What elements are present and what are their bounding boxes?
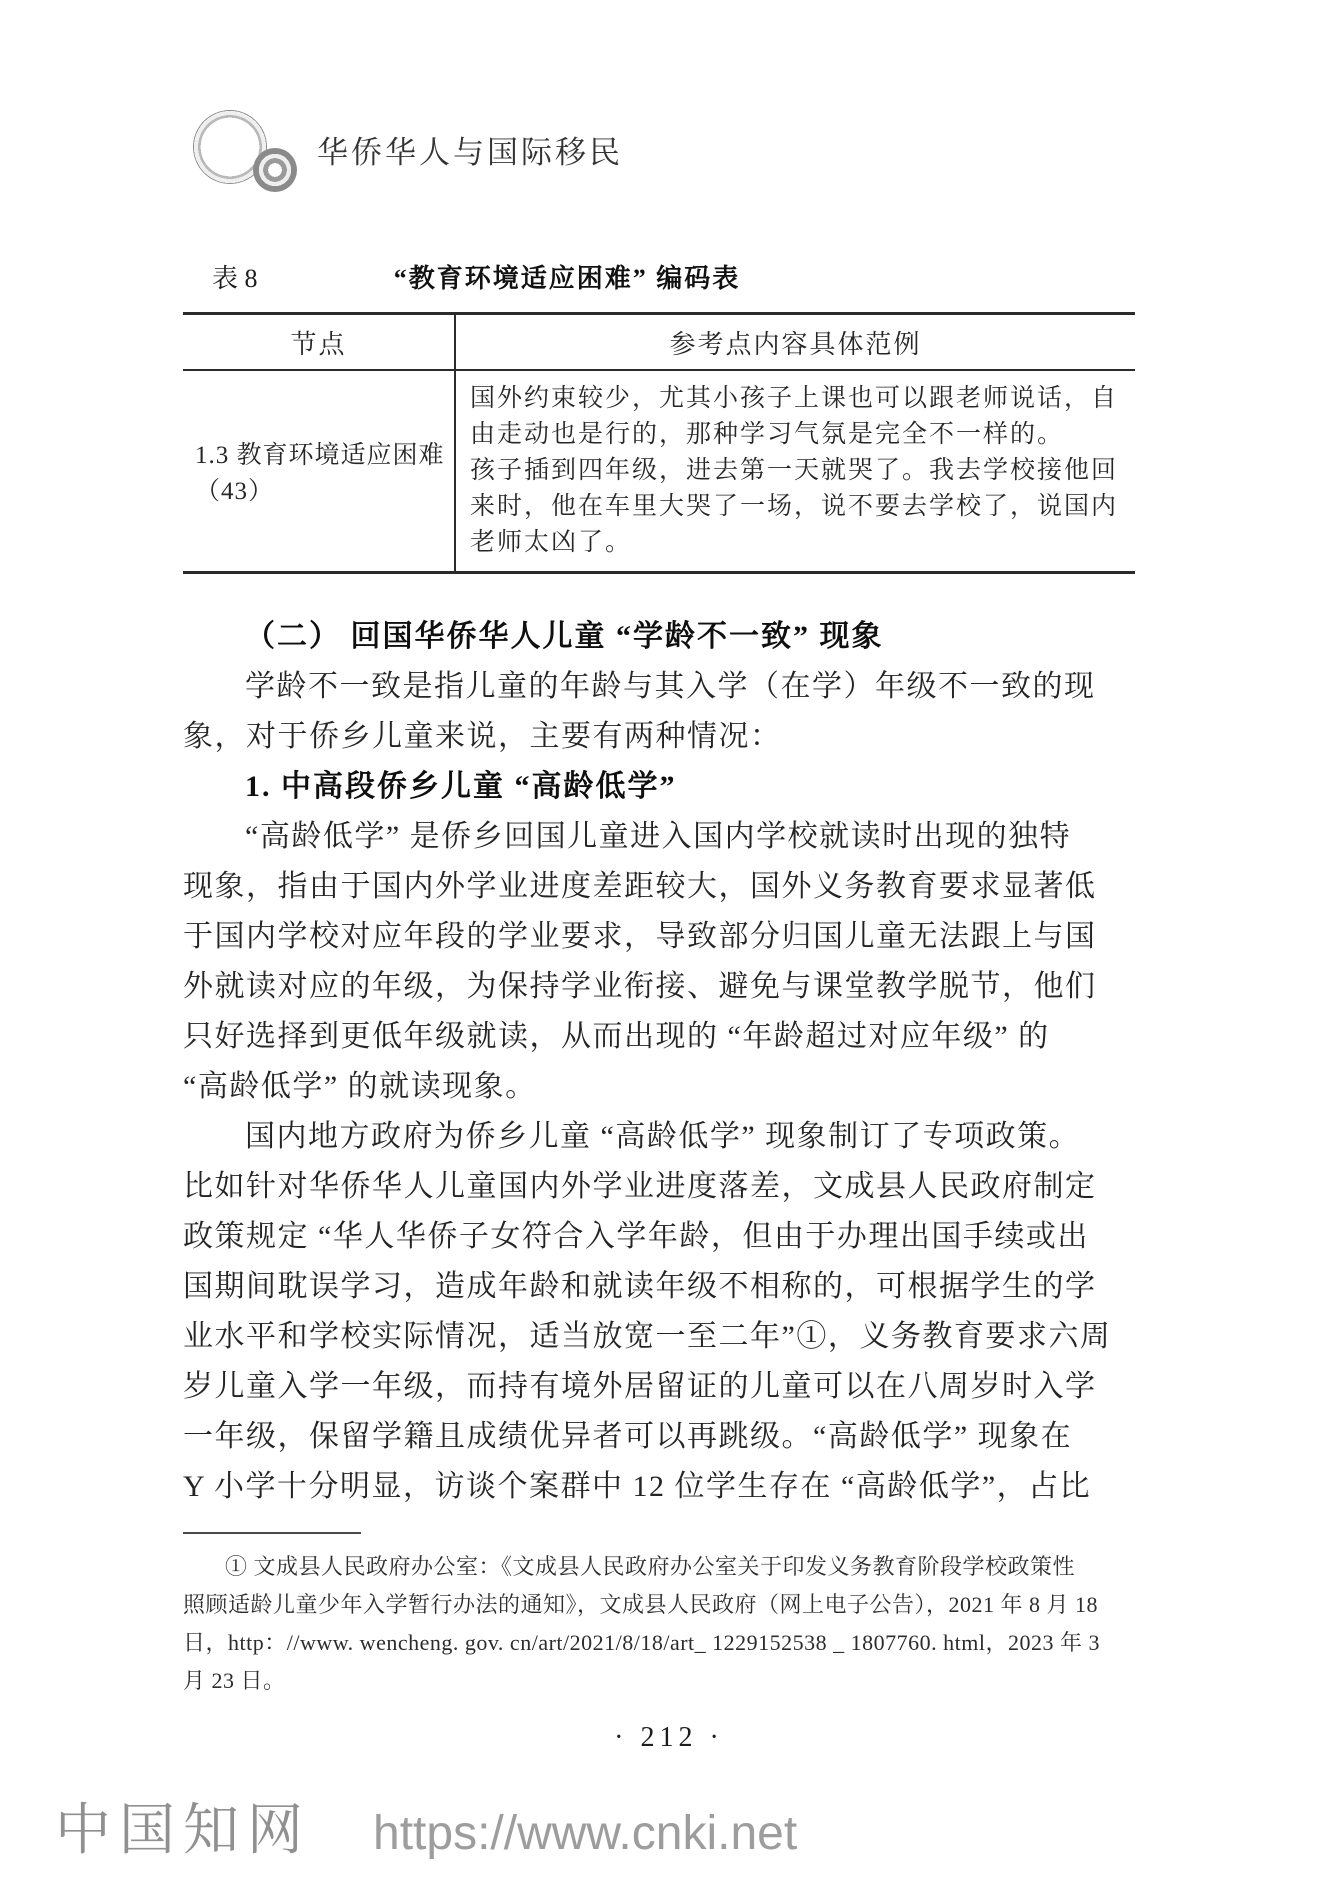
subsection-heading: 1. 中高段侨乡儿童 “高龄低学” [183,762,1143,812]
paragraph-line: 学龄不一致是指儿童的年龄与其入学（在学）年级不一致的现 [183,662,1143,712]
page-number: · 212 · [0,1722,1338,1754]
paragraph-line: 于国内学校对应年段的学业要求，导致部分归国儿童无法跟上与国 [183,912,1143,962]
paragraph-line: 只好选择到更低年级就读，从而出现的 “年龄超过对应年级” 的 [183,1012,1143,1062]
node-cell: 1.3 教育环境适应困难（43） [183,370,455,573]
example-line: 孩子插到四年级，进去第一天就哭了。我去学校接他回 [470,453,1123,489]
table-header-row: 节点 参考点内容具体范例 [183,314,1135,371]
example-line: 老师太凶了。 [470,525,1123,561]
footnote-line: 月 23 日。 [183,1662,1143,1700]
column-header-example: 参考点内容具体范例 [455,314,1135,371]
example-line: 来时，他在车里大哭了一场，说不要去学校了，说国内 [470,489,1123,525]
paragraph-line: 现象，指由于国内外学业进度差距较大，国外义务教育要求显著低 [183,862,1143,912]
logo-ring-small-icon [253,148,297,192]
document-page: 华侨华人与国际移民 表 8 “教育环境适应困难” 编码表 节点 参考点内容具体范… [0,0,1338,1890]
paragraph-line: 政策规定 “华人华侨子女符合入学年龄，但由于办理出国手续或出 [183,1212,1143,1262]
paragraph-line: 国内地方政府为侨乡儿童 “高龄低学” 现象制订了专项政策。 [183,1112,1143,1162]
paragraph-line: 国期间耽误学习，造成年龄和就读年级不相称的，可根据学生的学 [183,1262,1143,1312]
paragraph-line: 象，对于侨乡儿童来说，主要有两种情况： [183,712,1143,762]
table-row: 1.3 教育环境适应困难（43） 国外约束较少，尤其小孩子上课也可以跟老师说话，… [183,370,1135,573]
body-text: （二） 回国华侨华人儿童 “学龄不一致” 现象 学龄不一致是指儿童的年龄与其入学… [183,612,1143,1512]
cnki-url: https://www.cnki.net [373,1806,797,1861]
example-line: 由走动也是行的，那种学习气氛是完全不一样的。 [470,417,1123,453]
coding-table: 节点 参考点内容具体范例 1.3 教育环境适应困难（43） 国外约束较少，尤其小… [183,312,1135,574]
footnote-line: 照顾适龄儿童少年入学暂行办法的通知》，文成县人民政府（网上电子公告），2021 … [183,1586,1143,1624]
page-header: 华侨华人与国际移民 [193,108,623,190]
paragraph-line: 业水平和学校实际情况，适当放宽一至二年”①，义务教育要求六周 [183,1312,1143,1362]
cnki-logo-text: 中国知网 [55,1786,311,1866]
footnote: ① 文成县人民政府办公室：《文成县人民政府办公室关于印发义务教育阶段学校政策性 … [183,1548,1143,1700]
example-cell: 国外约束较少，尤其小孩子上课也可以跟老师说话，自 由走动也是行的，那种学习气氛是… [455,370,1135,573]
paragraph-line: 一年级，保留学籍且成绩优异者可以再跳级。“高龄低学” 现象在 [183,1412,1143,1462]
footnote-divider [183,1532,361,1534]
series-title: 华侨华人与国际移民 [317,127,623,172]
example-line: 国外约束较少，尤其小孩子上课也可以跟老师说话，自 [470,381,1123,417]
paragraph-line: Y 小学十分明显，访谈个案群中 12 位学生存在 “高龄低学”，占比 [183,1462,1143,1512]
brand-logo-icon [193,108,297,190]
paragraph-line: 比如针对华侨华人儿童国内外学业进度落差，文成县人民政府制定 [183,1162,1143,1212]
column-header-node: 节点 [183,314,455,371]
paragraph-line: “高龄低学” 的就读现象。 [183,1062,1143,1112]
cnki-watermark: 中国知网 https://www.cnki.net [55,1786,797,1866]
paragraph-line: 岁儿童入学一年级，而持有境外居留证的儿童可以在八周岁时入学 [183,1362,1143,1412]
footnote-line: 日，http：//www. wencheng. gov. cn/art/2021… [183,1624,1143,1662]
footnote-line: ① 文成县人民政府办公室：《文成县人民政府办公室关于印发义务教育阶段学校政策性 [183,1548,1143,1586]
paragraph-line: 外就读对应的年级，为保持学业衔接、避免与课堂教学脱节，他们 [183,962,1143,1012]
section-heading: （二） 回国华侨华人儿童 “学龄不一致” 现象 [183,612,1143,662]
paragraph-line: “高龄低学” 是侨乡回国儿童进入国内学校就读时出现的独特 [183,812,1143,862]
table-caption: 表 8 “教育环境适应困难” 编码表 [183,258,1135,298]
table-caption-title: “教育环境适应困难” 编码表 [91,258,1043,295]
